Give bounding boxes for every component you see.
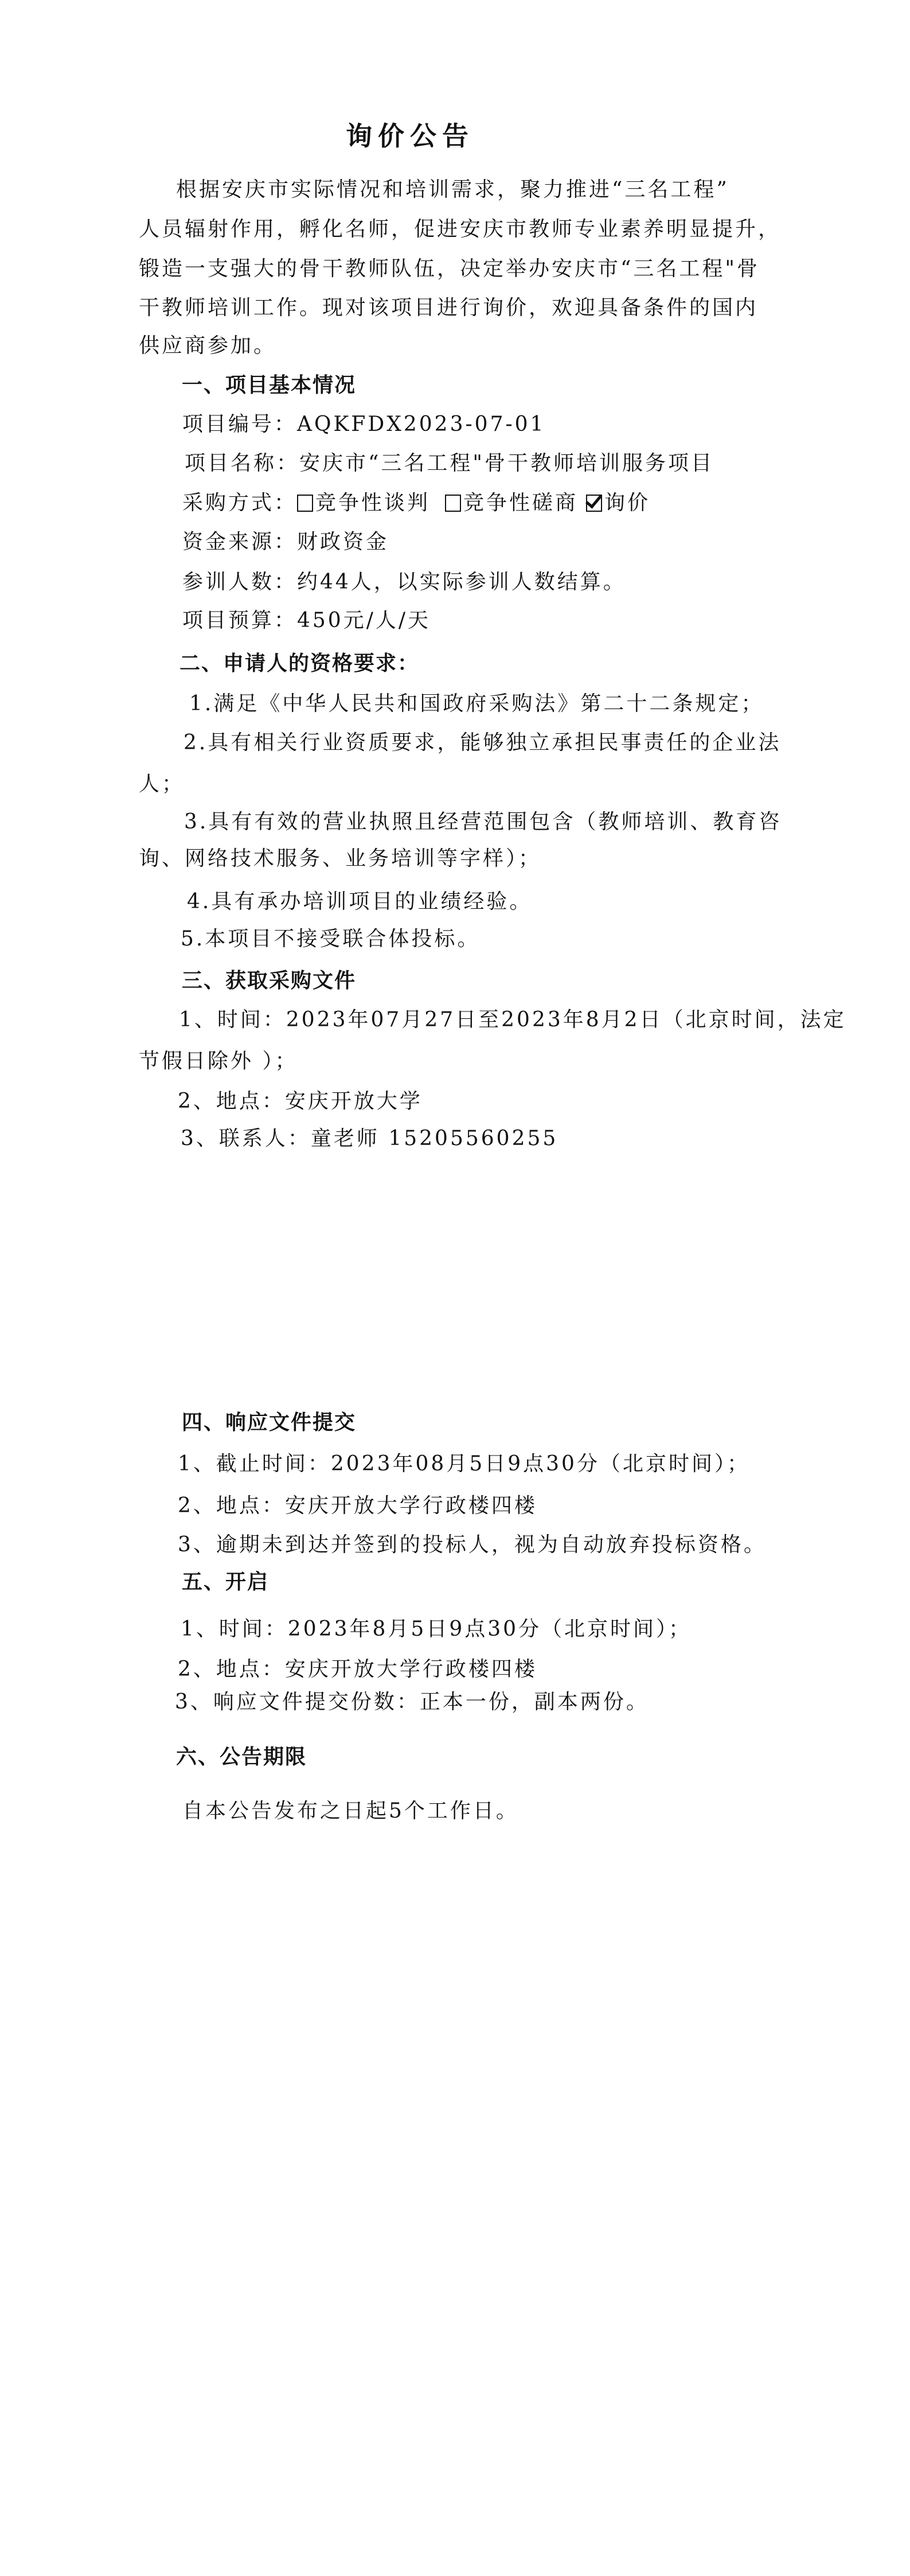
submission-location: 2、地点：安庆开放大学行政楼四楼 <box>178 1493 537 1519</box>
submission-deadline: 1、截止时间：2023年08月5日9点30分（北京时间）； <box>178 1452 750 1477</box>
qualification-item: 2.具有相关行业资质要求，能够独立承担民事责任的企业法 <box>183 730 781 756</box>
section-heading-basic-info: 一、项目基本情况 <box>182 373 356 398</box>
section-heading-opening: 五、开启 <box>182 1570 269 1595</box>
section-heading-obtain-documents: 三、获取采购文件 <box>182 968 356 994</box>
qualification-item: 5.本项目不接受联合体投标。 <box>181 927 480 952</box>
opening-time: 1、时间：2023年8月5日9点30分（北京时间）； <box>181 1617 692 1642</box>
checkbox-inquiry-checked-icon <box>586 495 602 512</box>
intro-line: 人员辐射作用，孵化名师，促进安庆市教师专业素养明显提升， <box>139 217 781 242</box>
intro-line: 干教师培训工作。现对该项目进行询价，欢迎具备条件的国内 <box>139 295 758 321</box>
qualification-item-continued: 询、网络技术服务、业务培训等字样）； <box>139 846 541 871</box>
procurement-method-label: 采购方式： <box>182 491 297 515</box>
obtain-time-continued: 节假日除外 ）； <box>139 1049 298 1074</box>
intro-line: 供应商参加。 <box>139 333 276 359</box>
option-competitive-consultation: 竞争性磋商 <box>463 491 578 515</box>
qualification-item: 4.具有承办培训项目的业绩经验。 <box>187 889 532 915</box>
contact-person: 3、联系人：童老师 15205560255 <box>181 1126 558 1151</box>
submission-late-note: 3、逾期未到达并签到的投标人，视为自动放弃投标资格。 <box>178 1532 767 1558</box>
intro-line: 锻造一支强大的骨干教师队伍，决定举办安庆市“三名工程"骨 <box>139 256 760 282</box>
project-number: 项目编号：AQKFDX2023-07-01 <box>182 412 545 437</box>
checkbox-competitive-consultation <box>445 495 461 512</box>
document-page: 询价公告 根据安庆市实际情况和培训需求，聚力推进“三名工程” 人员辐射作用，孵化… <box>0 0 910 2576</box>
project-name: 项目名称：安庆市“三名工程"骨干教师培训服务项目 <box>185 451 714 476</box>
opening-location: 2、地点：安庆开放大学行政楼四楼 <box>178 1657 537 1682</box>
obtain-time: 1、时间：2023年07月27日至2023年8月2日（北京时间，法定 <box>179 1007 846 1033</box>
document-title: 询价公告 <box>346 120 474 152</box>
obtain-location: 2、地点：安庆开放大学 <box>178 1089 423 1114</box>
qualification-item: 3.具有有效的营业执照且经营范围包含（教师培训、教育咨 <box>184 810 782 835</box>
procurement-method: 采购方式：竞争性谈判竞争性磋商询价 <box>182 491 650 516</box>
project-budget: 项目预算：450元/人/天 <box>182 608 431 633</box>
section-heading-qualifications: 二、申请人的资格要求： <box>179 651 419 676</box>
checkbox-competitive-negotiation <box>297 495 313 512</box>
qualification-item: 1.满足《中华人民共和国政府采购法》第二十二条规定； <box>189 691 764 717</box>
qualification-item-continued: 人； <box>139 772 185 797</box>
option-inquiry: 询价 <box>604 491 650 515</box>
section-heading-submission: 四、响应文件提交 <box>182 1410 356 1435</box>
section-heading-notice-period: 六、公告期限 <box>176 1745 307 1770</box>
participants-count: 参训人数：约44人，以实际参训人数结算。 <box>182 570 626 595</box>
intro-line: 根据安庆市实际情况和培训需求，聚力推进“三名工程” <box>176 177 729 203</box>
fund-source: 资金来源：财政资金 <box>182 530 389 555</box>
notice-period: 自本公告发布之日起5个工作日。 <box>182 1799 519 1824</box>
copies-required: 3、响应文件提交份数：正本一份，副本两份。 <box>175 1690 649 1715</box>
option-competitive-negotiation: 竞争性谈判 <box>315 491 430 515</box>
